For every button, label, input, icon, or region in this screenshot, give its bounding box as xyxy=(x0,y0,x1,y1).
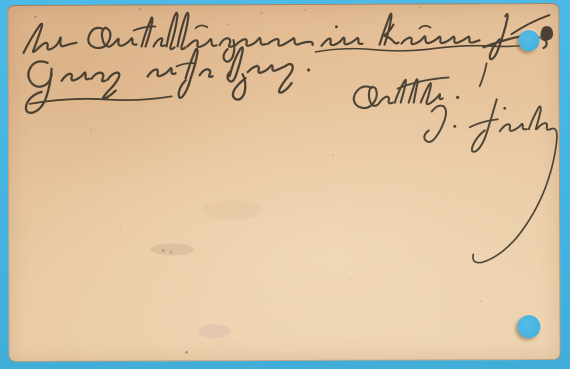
punch-hole-top-right xyxy=(518,30,539,51)
punch-hole-bottom-right xyxy=(517,315,540,338)
word-frco xyxy=(490,14,508,59)
postcard xyxy=(7,3,560,362)
handwriting-line-1 xyxy=(23,12,552,63)
paper-stains xyxy=(34,6,481,354)
word-anstellungen xyxy=(88,28,110,48)
scan-mat-background: die Anstellungen in Kronen frco Graz erf… xyxy=(0,0,570,369)
handwriting-closing xyxy=(354,63,487,108)
signature-flourish xyxy=(473,128,558,262)
transcription-line-1: die Anstellungen in Kronen frco xyxy=(0,0,1,1)
handwriting-layer xyxy=(7,3,560,362)
handwriting-line-2 xyxy=(26,47,311,113)
word-graz xyxy=(28,61,51,86)
word-die xyxy=(23,24,76,53)
word-in xyxy=(321,38,362,46)
transcription-text: die Anstellungen in Kronen frco Graz erf… xyxy=(0,0,1,1)
handwriting-signature xyxy=(424,99,557,263)
word-erfolgen xyxy=(148,68,176,76)
